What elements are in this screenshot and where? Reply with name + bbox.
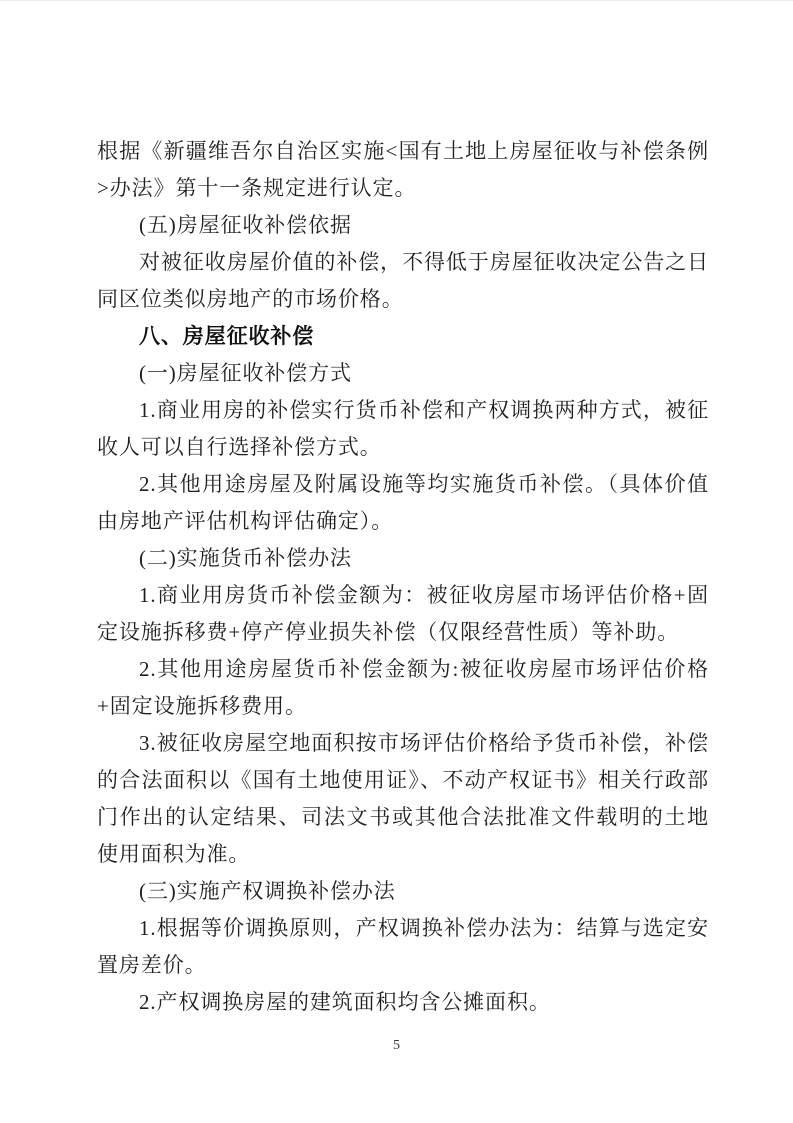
subsection-heading: (二)实施货币补偿办法 <box>97 540 709 577</box>
page-number: 5 <box>0 1037 793 1055</box>
list-item-paragraph: 2.其他用途房屋及附属设施等均实施货币补偿。（具体价值由房地产评估机构评估确定）… <box>97 466 709 540</box>
subsection-heading: (三)实施产权调换补偿办法 <box>97 873 709 910</box>
list-item-paragraph: 1.商业用房的补偿实行货币补偿和产权调换两种方式，被征收人可以自行选择补偿方式。 <box>97 392 709 466</box>
subsection-heading: (五)房屋征收补偿依据 <box>97 207 709 244</box>
list-item-paragraph: 1.商业用房货币补偿金额为：被征收房屋市场评估价格+固定设施拆移费+停产停业损失… <box>97 577 709 651</box>
section-heading: 八、房屋征收补偿 <box>97 318 709 355</box>
list-item-paragraph: 1.根据等价调换原则，产权调换补偿办法为：结算与选定安置房差价。 <box>97 910 709 984</box>
document-page: { "document": { "paragraphs": [ { "text"… <box>0 0 793 1123</box>
body-text-paragraph: 根据《新疆维吾尔自治区实施<国有土地上房屋征收与补偿条例>办法》第十一条规定进行… <box>97 133 709 207</box>
list-item-paragraph: 3.被征收房屋空地面积按市场评估价格给予货币补偿，补偿的合法面积以《国有土地使用… <box>97 725 709 873</box>
document-body: 根据《新疆维吾尔自治区实施<国有土地上房屋征收与补偿条例>办法》第十一条规定进行… <box>97 133 709 1021</box>
subsection-heading: (一)房屋征收补偿方式 <box>97 355 709 392</box>
body-text-paragraph: 对被征收房屋价值的补偿，不得低于房屋征收决定公告之日同区位类似房地产的市场价格。 <box>97 244 709 318</box>
list-item-paragraph: 2.产权调换房屋的建筑面积均含公摊面积。 <box>97 984 709 1021</box>
list-item-paragraph: 2.其他用途房屋货币补偿金额为:被征收房屋市场评估价格+固定设施拆移费用。 <box>97 651 709 725</box>
